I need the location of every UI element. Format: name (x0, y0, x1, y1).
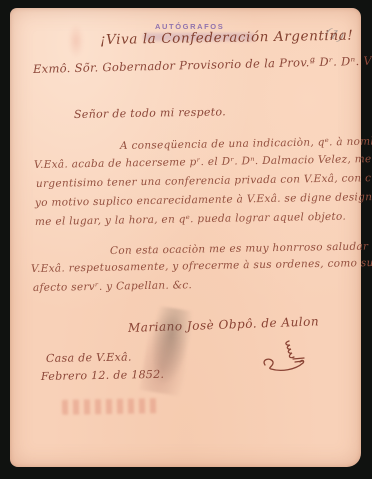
signature-flourish-icon (259, 339, 309, 375)
paragraph1-line: me el lugar, y la hora, en qᵉ. pueda log… (35, 211, 346, 228)
paragraph2-line: V.Exâ. respetuosamente, y ofrecerme à su… (31, 257, 372, 275)
paragraph1-line: yo motivo suplico encarecidamente à V.Ex… (35, 191, 372, 209)
show-through-marks (62, 398, 158, 415)
ink-smudge (140, 305, 199, 397)
scanned-letter-page: AUTÓGRAFOS (1) ¡Viva la Confederación Ar… (0, 0, 372, 479)
paragraph1-line: A conseqüencia de una indicaciòn, qᵉ. à … (120, 135, 372, 152)
faint-stain-mark (68, 24, 84, 58)
paragraph2-line: afecto servʳ. y Capellan. &c. (33, 279, 192, 294)
letter-headline: ¡Viva la Confederación Argentina! (100, 28, 354, 48)
paragraph1-line: urgentisimo tener una conferencia privad… (36, 172, 372, 190)
letter-date: Febrero 12. de 1852. (41, 368, 164, 383)
letter-place: Casa de V.Exâ. (46, 351, 132, 365)
letter-salutation: Señor de todo mi respeto. (74, 105, 226, 121)
paragraph2-line: Con esta ocaciòn me es muy honrroso salu… (110, 240, 372, 257)
paragraph1-line: V.Exâ. acaba de hacerseme pʳ. el Dʳ. Dⁿ.… (34, 153, 372, 171)
letter-paper: AUTÓGRAFOS (1) ¡Viva la Confederación Ar… (10, 8, 361, 467)
